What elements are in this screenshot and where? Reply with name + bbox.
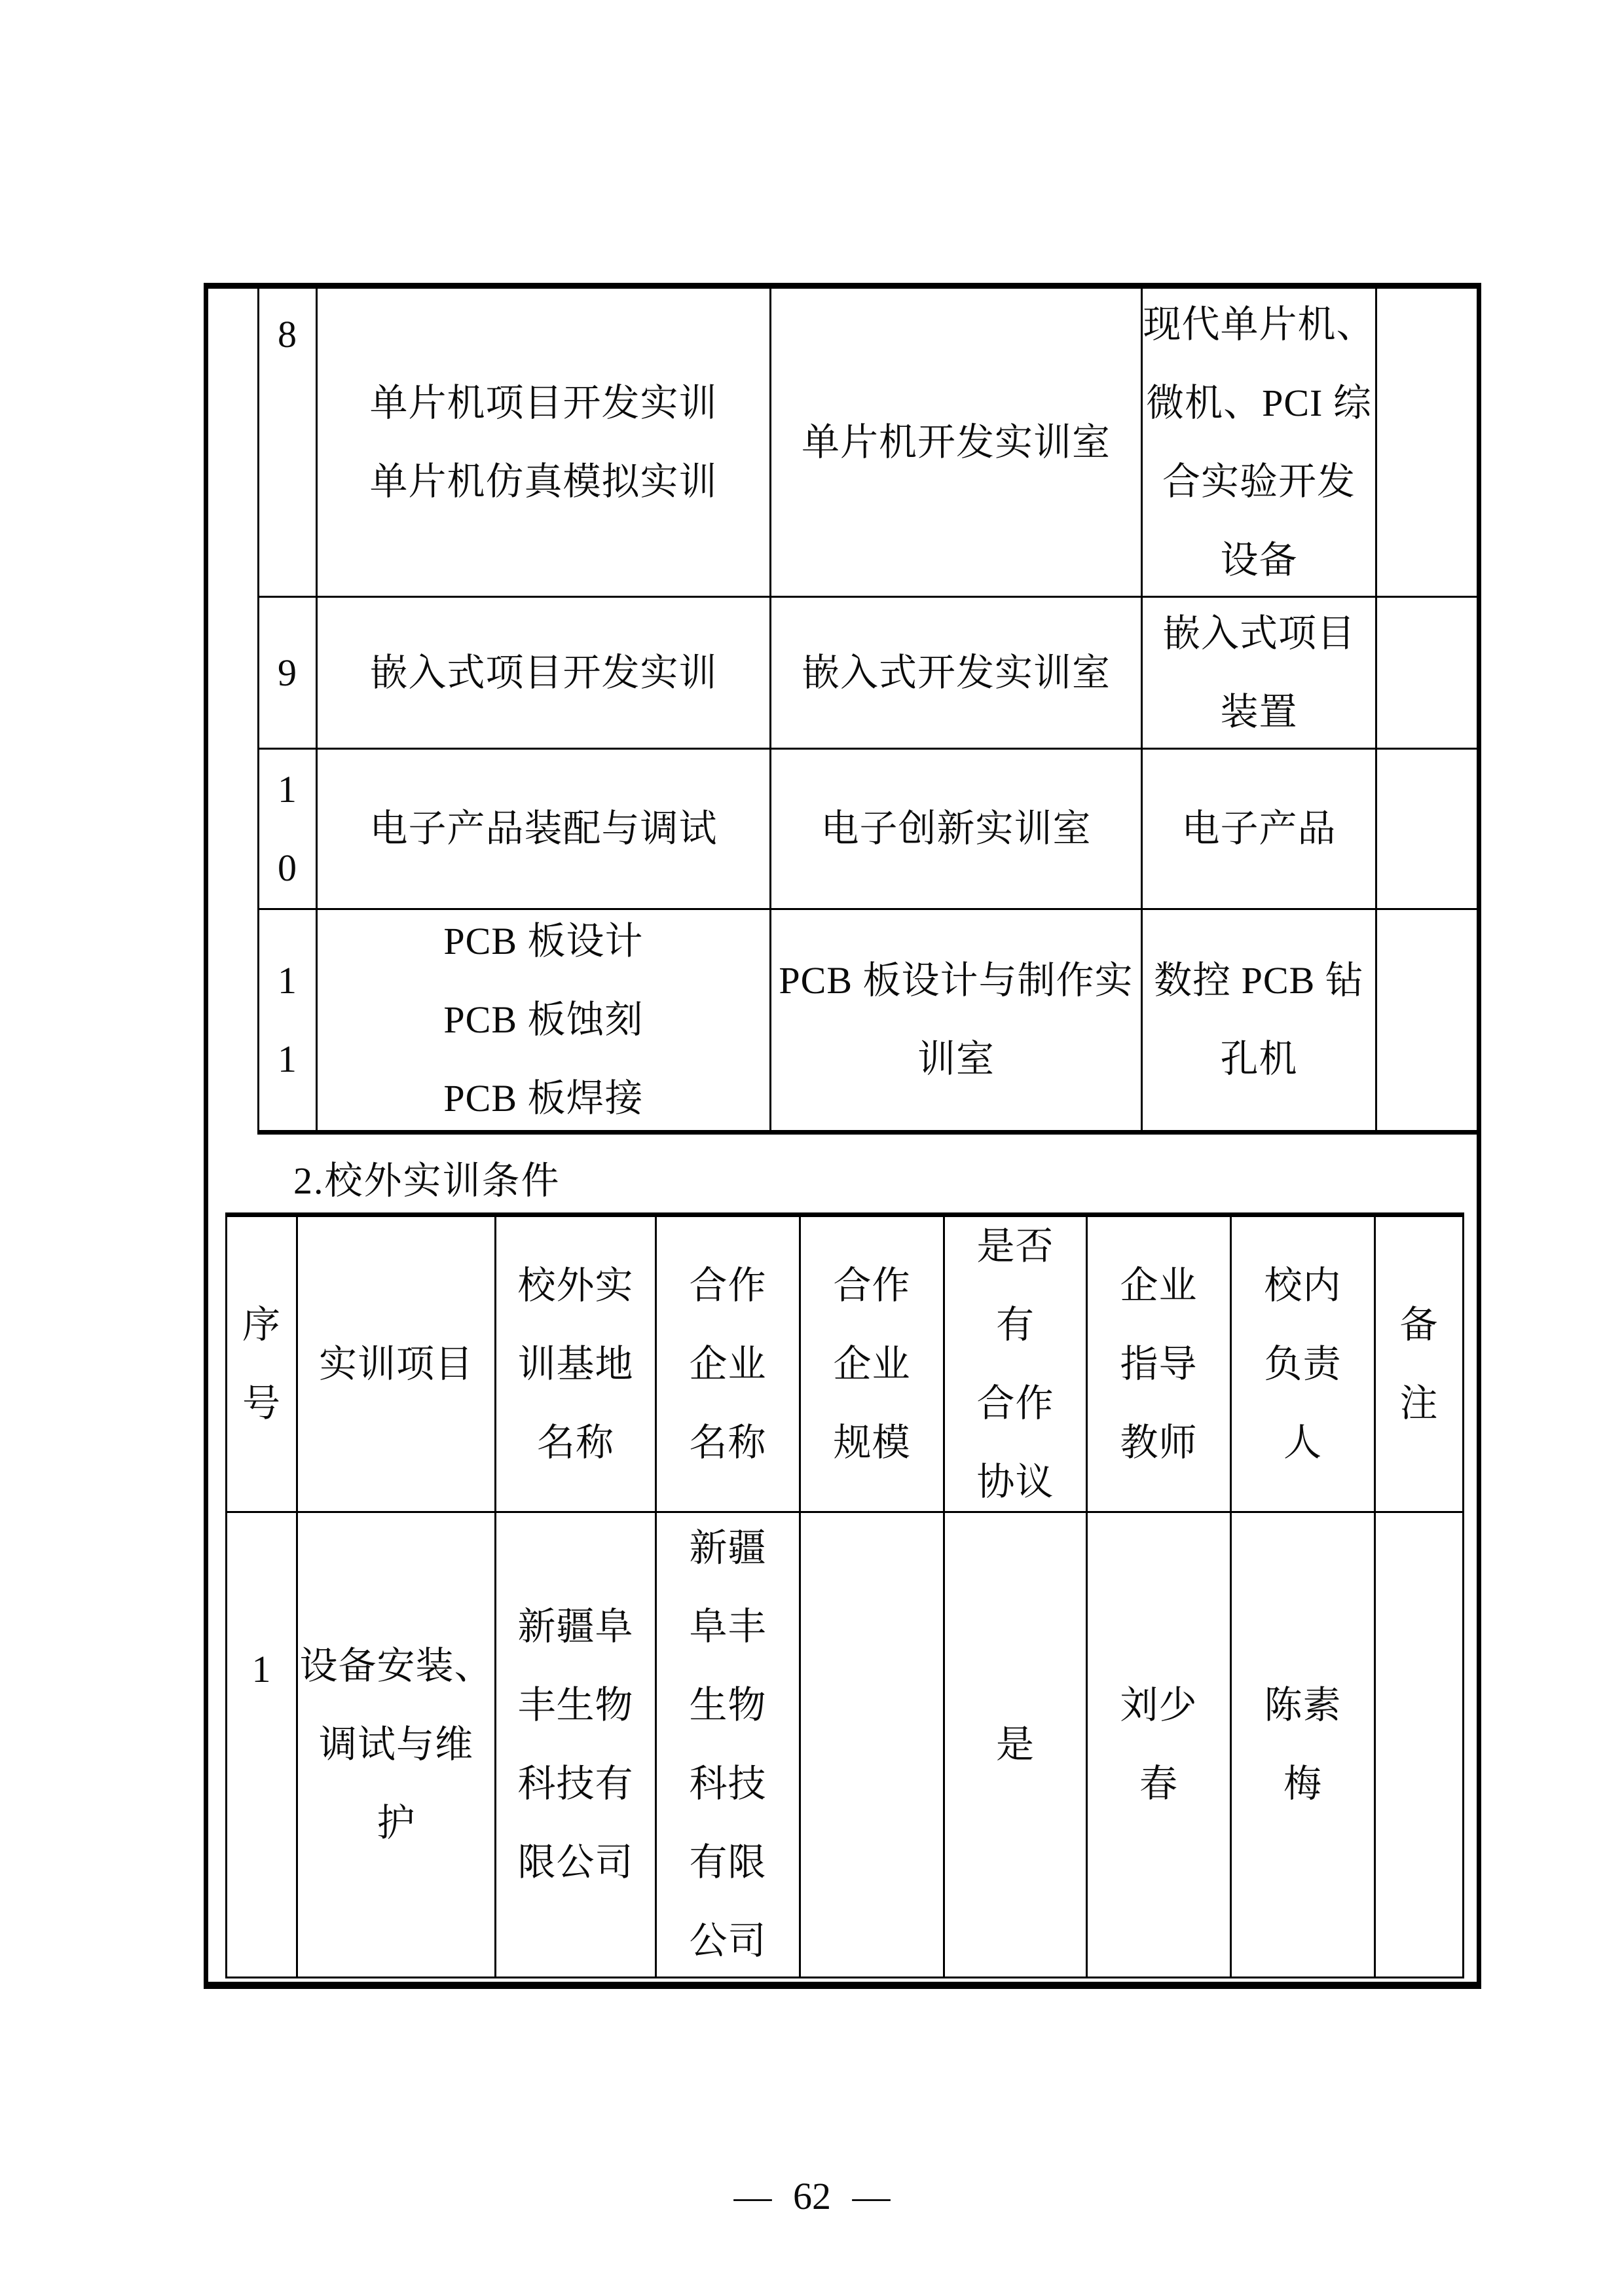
t1-r8-room-cell: 单片机开发实训室 xyxy=(771,289,1143,598)
t1-r9-seq-cell: 9 xyxy=(259,598,318,750)
t2-r1-seq-cell: 1 xyxy=(227,1513,298,1977)
row-number: 8 xyxy=(278,295,297,374)
t1-r10-seq-cell: 1 0 xyxy=(259,750,318,910)
t1-r9-room-cell: 嵌入式开发实训室 xyxy=(771,598,1143,750)
off-campus-training-table: 序 号 实训项目 校外实 训基地 名称 合作 企业 名称 合作 企业 规模 是否… xyxy=(225,1212,1464,1978)
t1-r10-equipment-cell: 电子产品 xyxy=(1143,750,1377,910)
t1-r11-note-cell xyxy=(1377,910,1479,1130)
t2-r1-school-leader-cell: 陈素 梅 xyxy=(1232,1513,1376,1977)
t1-r11-room-cell: PCB 板设计与制作实 训室 xyxy=(771,910,1143,1130)
t2-r1-project-cell: 设备安装、 调试与维 护 xyxy=(298,1513,496,1977)
t1-r10-room-cell: 电子创新实训室 xyxy=(771,750,1143,910)
t2-header-project: 实训项目 xyxy=(298,1217,496,1513)
page-number: — 62 — xyxy=(0,2164,1624,2229)
t2-header-enterprise-teacher: 企业 指导 教师 xyxy=(1088,1217,1232,1513)
t1-r8-note-cell xyxy=(1377,289,1479,598)
page-number-text: — 62 — xyxy=(734,2175,891,2217)
t2-header-company-name: 合作 企业 名称 xyxy=(657,1217,801,1513)
t1-r11-equipment-cell: 数控 PCB 钻 孔机 xyxy=(1143,910,1377,1130)
t2-header-agreement: 是否 有 合作 协议 xyxy=(945,1217,1088,1513)
t2-r1-base-cell: 新疆阜 丰生物 科技有 限公司 xyxy=(496,1513,657,1977)
t1-r9-project-cell: 嵌入式项目开发实训 xyxy=(318,598,771,750)
t2-header-company-scale: 合作 企业 规模 xyxy=(801,1217,945,1513)
t1-r10-project-cell: 电子产品装配与调试 xyxy=(318,750,771,910)
section-2-title: 2.校外实训条件 xyxy=(293,1148,561,1214)
t1-r11-project-cell: PCB 板设计 PCB 板蚀刻 PCB 板焊接 xyxy=(318,910,771,1130)
t2-r1-note-cell xyxy=(1376,1513,1462,1977)
t1-r8-seq-cell: 8 xyxy=(259,289,318,598)
on-campus-training-table: 8 单片机项目开发实训 单片机仿真模拟实训 单片机开发实训室 现代单片机、 微机… xyxy=(257,289,1479,1135)
t2-header-note: 备 注 xyxy=(1376,1217,1462,1513)
t2-r1-enterprise-teacher-cell: 刘少 春 xyxy=(1088,1513,1232,1977)
t2-r1-scale-cell xyxy=(801,1513,945,1977)
t2-header-seq: 序 号 xyxy=(227,1217,298,1513)
t1-r11-seq-cell: 1 1 xyxy=(259,910,318,1130)
t2-r1-agreement-cell: 是 xyxy=(945,1513,1088,1977)
t2-r1-company-cell: 新疆 阜丰 生物 科技 有限 公司 xyxy=(657,1513,801,1977)
t1-r9-equipment-cell: 嵌入式项目 装置 xyxy=(1143,598,1377,750)
row-number: 1 xyxy=(252,1630,272,1709)
t1-r10-note-cell xyxy=(1377,750,1479,910)
t2-header-school-leader: 校内 负责 人 xyxy=(1232,1217,1376,1513)
scanned-document-page: 8 单片机项目开发实训 单片机仿真模拟实训 单片机开发实训室 现代单片机、 微机… xyxy=(0,0,1624,2296)
t1-r9-note-cell xyxy=(1377,598,1479,750)
t2-header-base-name: 校外实 训基地 名称 xyxy=(496,1217,657,1513)
t1-r8-equipment-cell: 现代单片机、 微机、PCI 综 合实验开发 设备 xyxy=(1143,289,1377,598)
t1-r8-project-cell: 单片机项目开发实训 单片机仿真模拟实训 xyxy=(318,289,771,598)
